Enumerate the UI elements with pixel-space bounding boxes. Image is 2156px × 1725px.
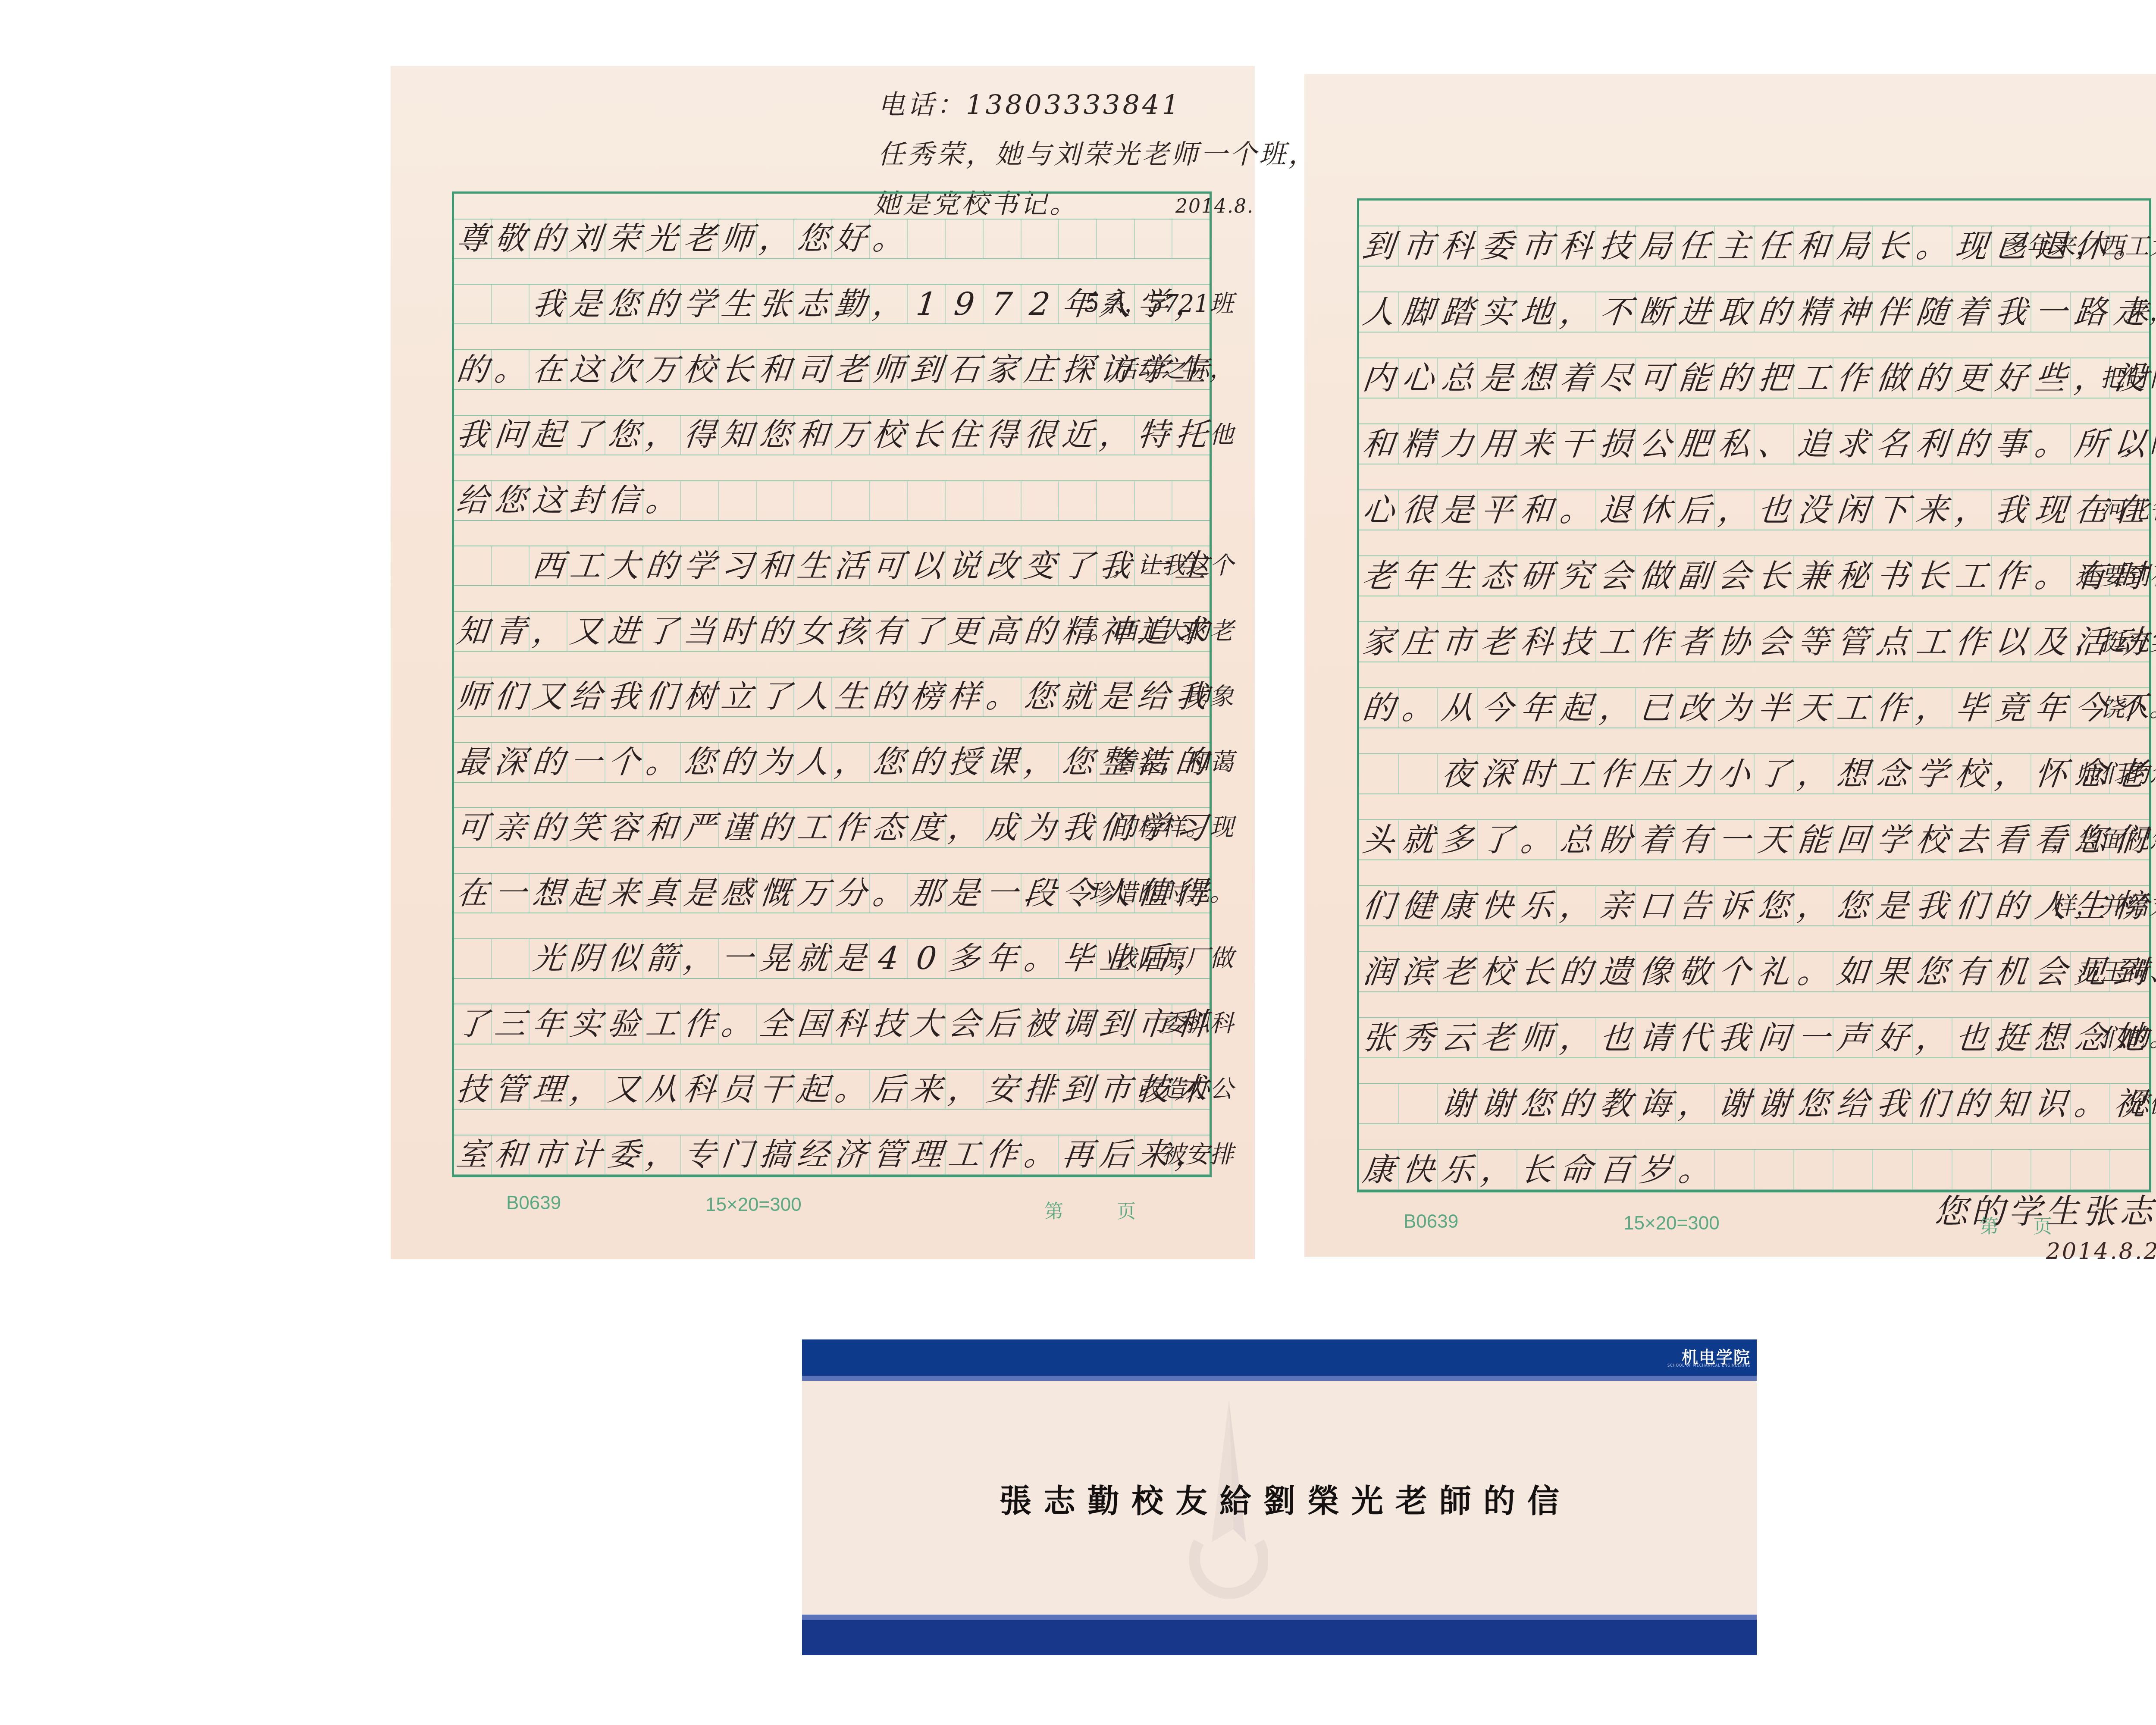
- grid-cell: 的: [1952, 1084, 1991, 1123]
- handwritten-char: 给: [569, 681, 604, 712]
- handwritten-char: 庄: [1401, 626, 1436, 658]
- grid-cell: 一: [491, 874, 529, 913]
- handwritten-char: 的: [644, 550, 679, 582]
- grid-cell: 力: [1437, 424, 1477, 464]
- handwritten-char: 的: [644, 289, 679, 320]
- handwritten-char: 及: [2033, 626, 2068, 658]
- handwritten-char: 特: [1136, 419, 1171, 451]
- handwritten-char: ，: [1022, 746, 1057, 778]
- handwritten-char: 是: [1479, 362, 1515, 394]
- grid-cell: 您: [1833, 886, 1872, 925]
- grid-cell: 乐: [1437, 1150, 1477, 1189]
- grid-cell: 家: [983, 350, 1021, 389]
- grid-cell: 又: [605, 1070, 642, 1109]
- grid-cell: 真: [642, 874, 680, 913]
- handwritten-char: 年: [984, 943, 1019, 974]
- grid-cell: 会: [1595, 556, 1635, 596]
- grid-cell: 更: [945, 612, 983, 651]
- grid-cell: 挺: [1991, 1018, 2031, 1057]
- handwritten-char: 和: [758, 354, 793, 386]
- grid-cell: 笑: [567, 808, 605, 847]
- phone-note: 电话：13803333841: [878, 83, 1181, 122]
- grid-cell: ，: [1714, 490, 1754, 530]
- handwritten-char: 一: [720, 943, 755, 974]
- grid-cell: [2070, 1150, 2110, 1189]
- grid-cell: 为: [756, 743, 794, 782]
- grid-cell: 亲: [1595, 886, 1635, 925]
- handwritten-char: 最: [455, 746, 490, 778]
- margin-overflow-text: 被安排: [1161, 1135, 1234, 1170]
- handwritten-char: 主: [1717, 230, 1752, 262]
- handwritten-char: 校: [682, 354, 717, 386]
- handwritten-char: 没: [1796, 494, 1831, 526]
- title-banner: 机电学院 SCHOOL OF MECHANICAL ENGINEERING 張志…: [802, 1339, 1757, 1655]
- handwritten-char: 所: [2073, 428, 2108, 460]
- grid-cell: 现: [1952, 226, 1991, 266]
- grid-cell: 谢: [1477, 1084, 1517, 1123]
- grid-cell: 来: [605, 874, 642, 913]
- grid-cell: 晃: [756, 939, 794, 978]
- page-label-prefix: 第: [1044, 1196, 1063, 1223]
- grid-row: 光阴似箭，一晃就是40多年。毕业后，我回原厂做: [454, 938, 1210, 979]
- handwritten-char: 荣: [606, 223, 641, 254]
- handwritten-char: 工: [569, 550, 604, 582]
- grid-row: 心很是平和。退休后，也没闲下来，我现在在河北省: [1359, 489, 2149, 530]
- grid-cell: 作: [1833, 358, 1872, 398]
- grid-cell: 可: [869, 546, 907, 585]
- handwritten-char: 学: [682, 289, 717, 320]
- grid-cell: [945, 220, 983, 258]
- grid-cell: 们: [1952, 886, 1991, 925]
- grid-cell: 想: [1517, 358, 1556, 398]
- grid-cell: 人: [793, 743, 831, 782]
- grid-cell: 从: [1437, 688, 1477, 728]
- grid-cell: [1912, 1150, 1952, 1189]
- grid-cell: 作: [831, 808, 869, 847]
- grid-cell: 感: [718, 874, 756, 913]
- handwritten-char: 究: [1558, 560, 1594, 592]
- grid-cell: 生: [718, 285, 756, 323]
- letter-page-2: 到市科委市科技局任主任和局长。现已退休。多年来，西工大人脚踏实地，不断进取的精神…: [1304, 74, 2156, 1257]
- handwritten-char: 。: [2033, 560, 2068, 592]
- handwritten-char: 伴: [1875, 296, 1910, 328]
- grid-cell: [454, 285, 491, 323]
- grid-cell: 老: [1477, 622, 1517, 662]
- grid-cell: 滨: [1398, 952, 1438, 991]
- handwritten-char: 随: [1915, 296, 1950, 328]
- grid-cell: 到: [1359, 226, 1398, 266]
- grid-cell: 的: [1754, 292, 1793, 332]
- grid-cell: 授: [945, 743, 983, 782]
- handwritten-char: 们: [1361, 890, 1396, 922]
- handwritten-char: 念: [1875, 758, 1910, 790]
- grid-cell: 校: [869, 416, 907, 455]
- grid-cell: 追: [1793, 424, 1833, 464]
- handwritten-char: 告: [1677, 890, 1713, 922]
- grid-cell: 识: [2031, 1084, 2070, 1123]
- handwritten-char: 三: [493, 1008, 528, 1040]
- handwritten-char: 局: [1638, 230, 1673, 262]
- grid-cell: 小: [1714, 754, 1754, 793]
- grid-cell: 长: [1517, 1150, 1556, 1189]
- grid-cell: 得: [983, 416, 1021, 455]
- grid-cell: 有: [1952, 952, 1991, 991]
- grid-cell: 为: [1021, 808, 1059, 847]
- grid-cell: 所: [2070, 424, 2110, 464]
- handwritten-char: 您: [493, 485, 528, 516]
- handwritten-char: 长: [720, 354, 755, 386]
- grid-cell: 以: [907, 546, 945, 585]
- grid-cell: 以: [1991, 622, 2031, 662]
- grid-cell: 张: [756, 285, 794, 323]
- handwritten-char: 谢: [1440, 1088, 1475, 1120]
- grid-cell: 谢: [1714, 1084, 1754, 1123]
- grid-cell: 校: [1912, 820, 1952, 859]
- handwritten-char: 用: [1479, 428, 1515, 460]
- handwritten-char: 的: [531, 223, 566, 254]
- grid-cell: 头: [1359, 820, 1398, 859]
- handwritten-char: 机: [1993, 956, 2029, 988]
- grid-cell: 的: [1952, 424, 1991, 464]
- handwritten-char: 我: [1060, 812, 1095, 844]
- grid-cell: 、: [1754, 424, 1793, 464]
- handwritten-char: 不: [1598, 296, 1633, 328]
- grid-cell: 进: [1675, 292, 1714, 332]
- handwritten-char: 您: [1519, 1088, 1554, 1120]
- handwritten-char: 给: [455, 485, 490, 516]
- grid-cell: 好: [1991, 358, 2031, 398]
- handwritten-char: 者: [1677, 626, 1713, 658]
- handwritten-char: 的: [1022, 616, 1057, 647]
- handwritten-char: 老: [1479, 626, 1515, 658]
- grid-cell: 是: [680, 874, 718, 913]
- handwritten-char: 天: [1796, 692, 1831, 724]
- grid-cell: 回: [1833, 820, 1872, 859]
- grid-cell: 了: [1754, 754, 1793, 793]
- grid-cell: 。: [983, 677, 1021, 716]
- handwritten-char: 亲: [493, 812, 528, 844]
- grid-cell: 您: [1058, 743, 1096, 782]
- grid-cell: 工: [1912, 622, 1952, 662]
- grid-cell: 的: [1556, 1084, 1596, 1123]
- handwritten-char: 事: [1993, 428, 2029, 460]
- handwritten-char: 又: [531, 681, 566, 712]
- grid-cell: ，: [1793, 886, 1833, 925]
- handwritten-char: 是: [1875, 890, 1910, 922]
- grid-row: 内心总是想着尽可能的把工作做的更好些，没把时间: [1359, 358, 2149, 398]
- handwritten-char: 技: [455, 1074, 490, 1105]
- handwritten-char: 研: [1519, 560, 1554, 592]
- grid-cell: 课: [983, 743, 1021, 782]
- grid-cell: ，: [945, 1070, 983, 1109]
- grid-cell: 神: [1833, 292, 1872, 332]
- handwritten-char: 探: [1060, 354, 1095, 386]
- handwritten-char: 诉: [1717, 890, 1752, 922]
- handwritten-char: 师: [1519, 1022, 1554, 1054]
- grid-cell: 最: [454, 743, 491, 782]
- grid-cell: 样: [945, 677, 983, 716]
- handwritten-char: 校: [1954, 758, 1990, 790]
- handwritten-char: 脚: [1401, 296, 1436, 328]
- handwritten-char: 4: [877, 943, 900, 974]
- grid-cell: 万: [831, 416, 869, 455]
- grid-cell: 实: [567, 1004, 605, 1043]
- grid-cell: 。: [1517, 820, 1556, 859]
- grid-cell: 变: [1021, 546, 1059, 585]
- grid-cell: 。: [1556, 490, 1596, 530]
- handwritten-char: 私: [1717, 428, 1752, 460]
- handwritten-char: 您: [1756, 890, 1792, 922]
- handwritten-char: 学: [1875, 824, 1910, 856]
- grid-cell: 2: [1021, 285, 1059, 323]
- handwritten-char: 后: [1677, 494, 1713, 526]
- grid-cell: 夜: [1437, 754, 1477, 793]
- handwritten-char: 个: [606, 746, 641, 778]
- grid-cell: 您: [605, 416, 642, 455]
- handwritten-char: ，: [1796, 758, 1831, 790]
- grid-cell: 及: [2031, 622, 2070, 662]
- grid-cell: 毕: [1058, 939, 1096, 978]
- grid-cell: 知: [718, 416, 756, 455]
- handwritten-char: 全: [758, 1008, 793, 1040]
- grid-cell: 尊: [454, 220, 491, 258]
- grid-cell: 门: [718, 1135, 756, 1174]
- handwritten-char: 盼: [1598, 824, 1633, 856]
- grid-cell: 的: [529, 808, 567, 847]
- margin-overflow-text: 着装，和蔼: [1113, 743, 1234, 778]
- handwritten-char: 一: [984, 878, 1019, 909]
- grid-cell: 的: [756, 808, 794, 847]
- grid-cell: 。: [642, 743, 680, 782]
- handwritten-char: 。: [984, 681, 1019, 712]
- handwritten-char: 地: [1519, 296, 1554, 328]
- handwritten-char: 是: [1098, 681, 1133, 712]
- grid-cell: 多: [1437, 820, 1477, 859]
- banner-bottom-stripe: [802, 1615, 1757, 1620]
- handwritten-char: 样: [947, 681, 982, 712]
- grid-cell: [907, 220, 945, 258]
- grid-cell: 地: [1517, 292, 1556, 332]
- grid-cell: 说: [945, 546, 983, 585]
- handwritten-char: 做: [1875, 362, 1910, 394]
- grid-cell: 工: [1595, 622, 1635, 662]
- handwritten-char: 们: [1915, 1088, 1950, 1120]
- grid-cell: 排: [1021, 1070, 1059, 1109]
- handwritten-char: ，: [1479, 1154, 1515, 1186]
- handwritten-char: 干: [758, 1074, 793, 1105]
- handwritten-char: 敬: [493, 223, 528, 254]
- handwritten-char: 快: [1401, 1154, 1436, 1186]
- handwritten-char: 。: [720, 1008, 755, 1040]
- handwritten-char: 作: [984, 1139, 1019, 1170]
- grid-cell: 的: [454, 350, 491, 389]
- handwritten-char: 来: [606, 878, 641, 909]
- grid-cell: 研: [1517, 556, 1556, 596]
- grid-cell: 了: [642, 612, 680, 651]
- handwritten-char: 也: [1954, 1022, 1990, 1054]
- banner-top-stripe: [802, 1376, 1757, 1381]
- grid-cell: 您: [1912, 952, 1952, 991]
- handwritten-char: 万: [644, 354, 679, 386]
- grid-cell: 老: [1437, 952, 1477, 991]
- handwritten-char: 是: [682, 878, 717, 909]
- handwritten-char: 和: [796, 419, 830, 451]
- grid-cell: 代: [1675, 1018, 1714, 1057]
- grid-cell: 云: [1437, 1018, 1477, 1057]
- handwritten-char: 我: [1875, 1088, 1910, 1120]
- handwritten-char: 课: [984, 746, 1019, 778]
- handwritten-char: 。: [1915, 230, 1950, 262]
- handwritten-char: 岁: [1638, 1154, 1673, 1186]
- handwritten-char: 科: [682, 1074, 717, 1105]
- grid-cell: 想: [1833, 754, 1872, 793]
- grid-cell: [1134, 220, 1172, 258]
- grid-cell: 取: [1714, 292, 1754, 332]
- handwritten-char: 可: [1638, 362, 1673, 394]
- handwritten-char: 想: [1835, 758, 1871, 790]
- grid-cell: 想: [529, 874, 567, 913]
- handwritten-char: 知: [1993, 1088, 2029, 1120]
- handwritten-char: ，: [1915, 692, 1950, 724]
- handwritten-char: 了: [644, 616, 679, 647]
- grid-cell: 。: [1912, 226, 1952, 266]
- grid-cell: 万: [793, 874, 831, 913]
- handwritten-char: 大: [909, 1008, 944, 1040]
- handwritten-char: 大: [606, 550, 641, 582]
- handwritten-char: 1: [915, 289, 938, 320]
- grid-cell: 知: [454, 612, 491, 651]
- grid-cell: 箭: [642, 939, 680, 978]
- grid-cell: 点: [1872, 622, 1912, 662]
- grid-cell: 的: [1359, 688, 1398, 728]
- grid-cell: 果: [1872, 952, 1912, 991]
- grid-cell: [1991, 1150, 2031, 1189]
- grid-cell: 计: [567, 1135, 605, 1174]
- handwritten-char: 礼: [1756, 956, 1792, 988]
- grid-cell: ，: [567, 1070, 605, 1109]
- handwritten-char: 变: [1022, 550, 1057, 582]
- grid-cell: 信: [605, 481, 642, 520]
- grid-cell: 家: [1359, 622, 1398, 662]
- grid-cell: 我: [1991, 490, 2031, 530]
- grid-cell: 给: [567, 677, 605, 716]
- margin-overflow-text: ，当面祝您: [2051, 820, 2156, 856]
- handwritten-char: ，: [1677, 1088, 1713, 1120]
- handwritten-char: 更: [947, 616, 982, 647]
- grid-cell: 万: [642, 350, 680, 389]
- handwritten-char: 路: [2073, 296, 2108, 328]
- grid-cell: 志: [793, 285, 831, 323]
- grid-cell: 天: [1793, 688, 1833, 728]
- handwritten-char: 总: [1558, 824, 1594, 856]
- handwritten-char: 果: [1875, 956, 1910, 988]
- grid-cell: 再: [1058, 1135, 1096, 1174]
- grid-cell: ，: [1556, 1018, 1596, 1057]
- handwritten-char: 的: [1756, 296, 1792, 328]
- handwritten-char: 想: [531, 878, 566, 909]
- handwritten-char: ，: [1098, 419, 1133, 451]
- grid-cell: ，: [680, 939, 718, 978]
- grid-cell: 管: [869, 1135, 907, 1174]
- handwritten-char: 任: [1756, 230, 1792, 262]
- handwritten-char: 封: [569, 485, 604, 516]
- handwritten-char: 们: [1954, 890, 1990, 922]
- handwritten-char: 似: [606, 943, 641, 974]
- handwritten-char: 从: [644, 1074, 679, 1105]
- handwritten-char: 。: [1401, 692, 1436, 724]
- grid-cell: 请: [1635, 1018, 1675, 1057]
- grid-row: 的。在这次万校长和司老师到石家庄探访学生活动之际，: [454, 349, 1210, 390]
- grid-cell: 。: [491, 350, 529, 389]
- handwritten-char: 兼: [1796, 560, 1831, 592]
- grid-cell: ，: [1595, 688, 1635, 728]
- handwritten-char: 工: [1796, 362, 1831, 394]
- margin-overflow-text: ，内: [2125, 424, 2156, 460]
- handwritten-char: 们: [644, 681, 679, 712]
- page-label-prefix: 第: [1980, 1211, 1999, 1239]
- grid-cell: 盼: [1595, 820, 1635, 859]
- grid-cell: 天: [1754, 820, 1793, 859]
- handwritten-char: ，: [1993, 758, 2029, 790]
- grid-cell: 专: [680, 1135, 718, 1174]
- handwritten-char: 多: [1440, 824, 1475, 856]
- grid-cell: 管: [491, 1070, 529, 1109]
- grid-cell: 作: [1635, 622, 1675, 662]
- handwritten-char: 作: [834, 812, 868, 844]
- handwritten-char: 去: [1954, 824, 1990, 856]
- grid-cell: 快: [1477, 886, 1517, 925]
- grid-cell: 孩: [831, 612, 869, 651]
- handwritten-char: 请: [1638, 1022, 1673, 1054]
- handwritten-char: ，: [644, 1139, 679, 1170]
- handwritten-char: 老: [1479, 1022, 1515, 1054]
- handwritten-char: 长: [1875, 230, 1910, 262]
- grid-cell: 百: [1595, 1150, 1635, 1189]
- grid-cell: [1058, 220, 1096, 258]
- grid-cell: 托: [1172, 416, 1210, 455]
- handwritten-char: 了: [758, 681, 793, 712]
- handwritten-char: 安: [984, 1074, 1019, 1105]
- grid-cell: 公: [1635, 424, 1675, 464]
- handwritten-char: 可: [871, 550, 906, 582]
- handwritten-char: 习: [720, 550, 755, 582]
- grid-cell: 的: [642, 285, 680, 323]
- handwritten-char: 万: [834, 419, 868, 451]
- handwritten-char: 管: [493, 1074, 528, 1105]
- handwritten-char: 管: [1835, 626, 1871, 658]
- handwritten-char: 度: [909, 812, 944, 844]
- margin-overflow-text: 来，: [2125, 292, 2156, 328]
- grid-cell: 学: [680, 285, 718, 323]
- handwritten-char: 教: [1598, 1088, 1633, 1120]
- grid-cell: 像: [1635, 952, 1675, 991]
- grid-cell: 诲: [1635, 1084, 1675, 1123]
- handwritten-char: 谢: [1479, 1088, 1515, 1120]
- grid-cell: 一: [718, 939, 756, 978]
- grid-cell: 。: [831, 1070, 869, 1109]
- handwritten-char: 尽: [1598, 362, 1633, 394]
- handwritten-char: 亲: [1598, 890, 1633, 922]
- handwritten-char: 工: [796, 812, 830, 844]
- grid-cell: [1021, 481, 1059, 520]
- handwritten-char: 科: [1519, 626, 1554, 658]
- handwritten-char: 进: [1677, 296, 1713, 328]
- grid-cell: 探: [1058, 350, 1096, 389]
- handwritten-char: 康: [1361, 1154, 1396, 1186]
- handwritten-char: 一: [569, 746, 604, 778]
- handwritten-char: ，: [1954, 494, 1990, 526]
- handwritten-char: 识: [2033, 1088, 2068, 1120]
